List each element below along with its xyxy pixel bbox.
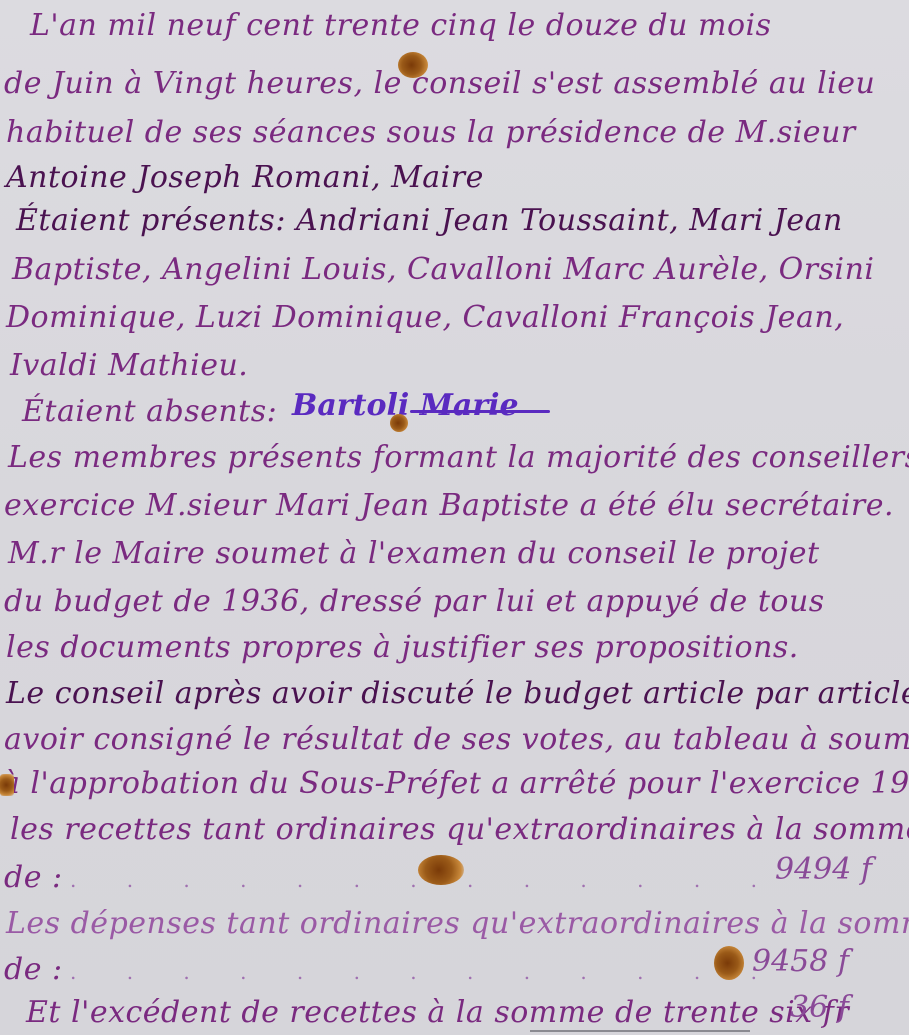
amount-depenses: 9458 f <box>752 944 849 979</box>
text-line-16: avoir consigné le résultat de ses votes,… <box>4 722 909 757</box>
text-line-8: Ivaldi Mathieu. <box>10 348 248 383</box>
signature-flourish <box>410 410 550 413</box>
text-line-22: Et l'excédent de recettes à la somme de … <box>26 995 849 1030</box>
text-line-17: à l'approbation du Sous-Préfet a arrêté … <box>2 766 909 801</box>
text-line-18: les recettes tant ordinaires qu'extraord… <box>10 812 909 847</box>
text-line-absents-label: Étaient absents: <box>22 394 277 429</box>
text-line-10: Les membres présents formant la majorité… <box>8 440 909 475</box>
ink-stain-5 <box>0 774 14 796</box>
text-line-recettes-de: de : <box>4 860 63 895</box>
ink-stain-3 <box>418 855 464 885</box>
ink-stain-1 <box>398 52 428 78</box>
dot-leader-depenses: . . . . . . . . . . . . . <box>70 960 779 984</box>
ink-stain-4 <box>714 946 744 980</box>
amount-excedent: 36 f <box>790 990 849 1025</box>
text-line-3: habituel de ses séances sous la présiden… <box>6 115 856 150</box>
document-page: L'an mil neuf cent trente cinq le douze … <box>0 0 909 1035</box>
text-line-5: Étaient présents: Andriani Jean Toussain… <box>16 203 843 238</box>
text-line-4: Antoine Joseph Romani, Maire <box>6 160 484 195</box>
text-line-20: Les dépenses tant ordinaires qu'extraord… <box>6 906 909 941</box>
text-line-15: Le conseil après avoir discuté le budget… <box>6 676 909 711</box>
text-line-11: exercice M.sieur Mari Jean Baptiste a ét… <box>4 488 894 523</box>
underline-rule <box>530 1030 750 1032</box>
text-line-depenses-de: de : <box>4 952 63 987</box>
amount-recettes: 9494 f <box>775 852 872 887</box>
text-line-13: du budget de 1936, dressé par lui et app… <box>4 584 825 619</box>
text-line-7: Dominique, Luzi Dominique, Cavalloni Fra… <box>6 300 844 335</box>
text-line-14: les documents propres à justifier ses pr… <box>6 630 799 665</box>
ink-stain-2 <box>390 414 408 432</box>
text-line-6: Baptiste, Angelini Louis, Cavalloni Marc… <box>12 252 875 287</box>
text-line-1: L'an mil neuf cent trente cinq le douze … <box>30 8 772 43</box>
text-line-12: M.r le Maire soumet à l'examen du consei… <box>8 536 820 571</box>
text-line-2: de Juin à Vingt heures, le conseil s'est… <box>4 66 875 101</box>
